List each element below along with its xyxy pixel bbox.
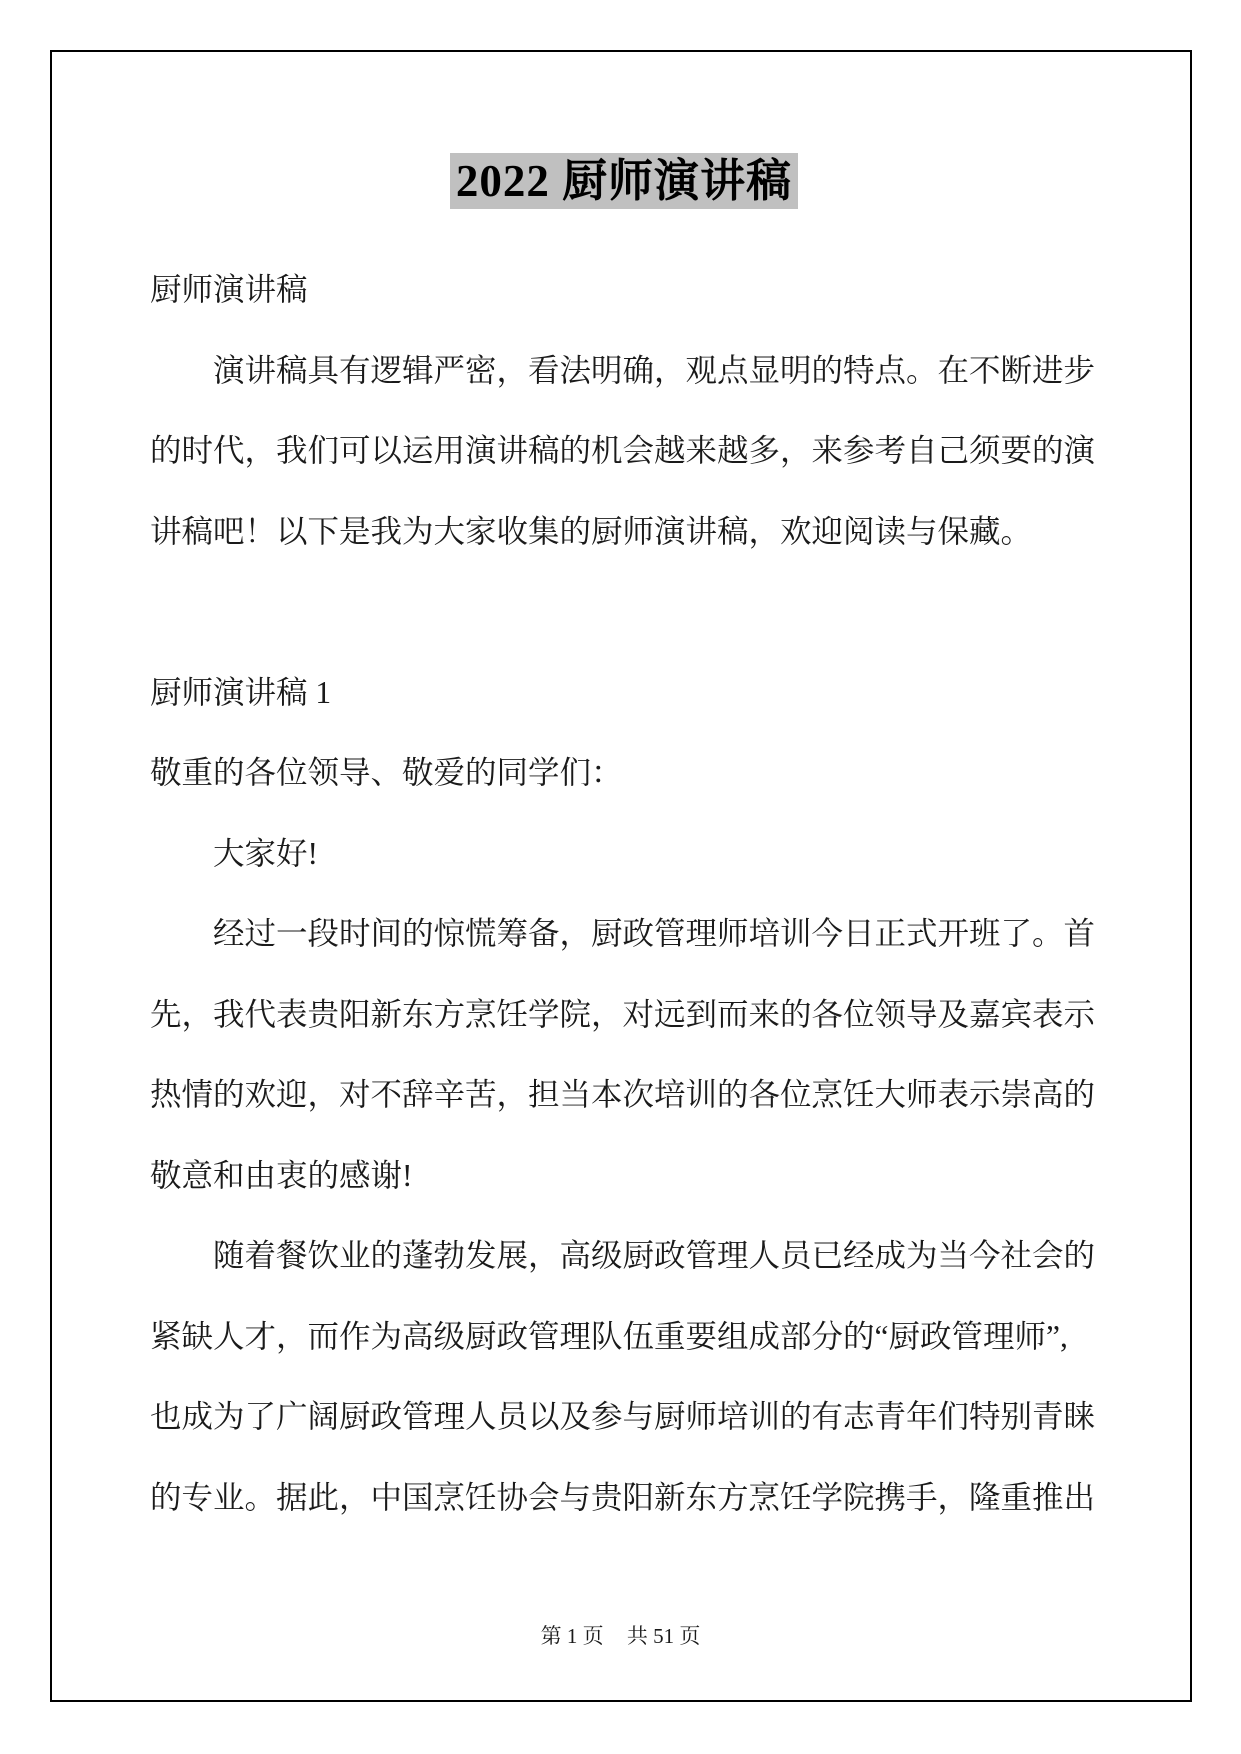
body-line: 敬意和由衷的感谢! [150, 1136, 1098, 1217]
page-footer: 第 1 页 共 51 页 [0, 1620, 1241, 1650]
body-line: 讲稿吧！以下是我为大家收集的厨师演讲稿，欢迎阅读与保藏。 [150, 492, 1098, 573]
body-line: 厨师演讲稿 [150, 250, 1098, 331]
body-line: 紧缺人才，而作为高级厨政管理队伍重要组成部分的“厨政管理师”, [150, 1297, 1098, 1378]
section-heading: 厨师演讲稿 1 [150, 653, 1098, 734]
body-line: 也成为了广阔厨政管理人员以及参与厨师培训的有志青年们特别青睐 [150, 1377, 1098, 1458]
body-line: 敬重的各位领导、敬爱的同学们： [150, 733, 1098, 814]
document-title: 2022 厨师演讲稿 [150, 150, 1098, 212]
body-line: 热情的欢迎，对不辞辛苦，担当本次培训的各位烹饪大师表示崇高的 [150, 1055, 1098, 1136]
footer-total-pages: 共 51 页 [627, 1624, 701, 1648]
body-line: 先，我代表贵阳新东方烹饪学院，对远到而来的各位领导及嘉宾表示 [150, 975, 1098, 1056]
body-line: 随着餐饮业的蓬勃发展，高级厨政管理人员已经成为当今社会的 [150, 1216, 1098, 1297]
footer-page-number: 第 1 页 [541, 1624, 604, 1648]
body-line: 大家好! [150, 814, 1098, 895]
document-page: { "page": { "background": "#ffffff", "bo… [0, 0, 1241, 1754]
document-content: 2022 厨师演讲稿 厨师演讲稿 演讲稿具有逻辑严密，看法明确，观点显明的特点。… [150, 150, 1098, 1538]
body-line: 经过一段时间的惊慌筹备，厨政管理师培训今日正式开班了。首 [150, 894, 1098, 975]
body-line: 的专业。据此，中国烹饪协会与贵阳新东方烹饪学院携手，隆重推出 [150, 1458, 1098, 1539]
body-line: 演讲稿具有逻辑严密，看法明确，观点显明的特点。在不断进步 [150, 331, 1098, 412]
body-line-blank [150, 572, 1098, 653]
body-line: 的时代，我们可以运用演讲稿的机会越来越多，来参考自己须要的演 [150, 411, 1098, 492]
title-highlight: 2022 厨师演讲稿 [450, 153, 798, 209]
